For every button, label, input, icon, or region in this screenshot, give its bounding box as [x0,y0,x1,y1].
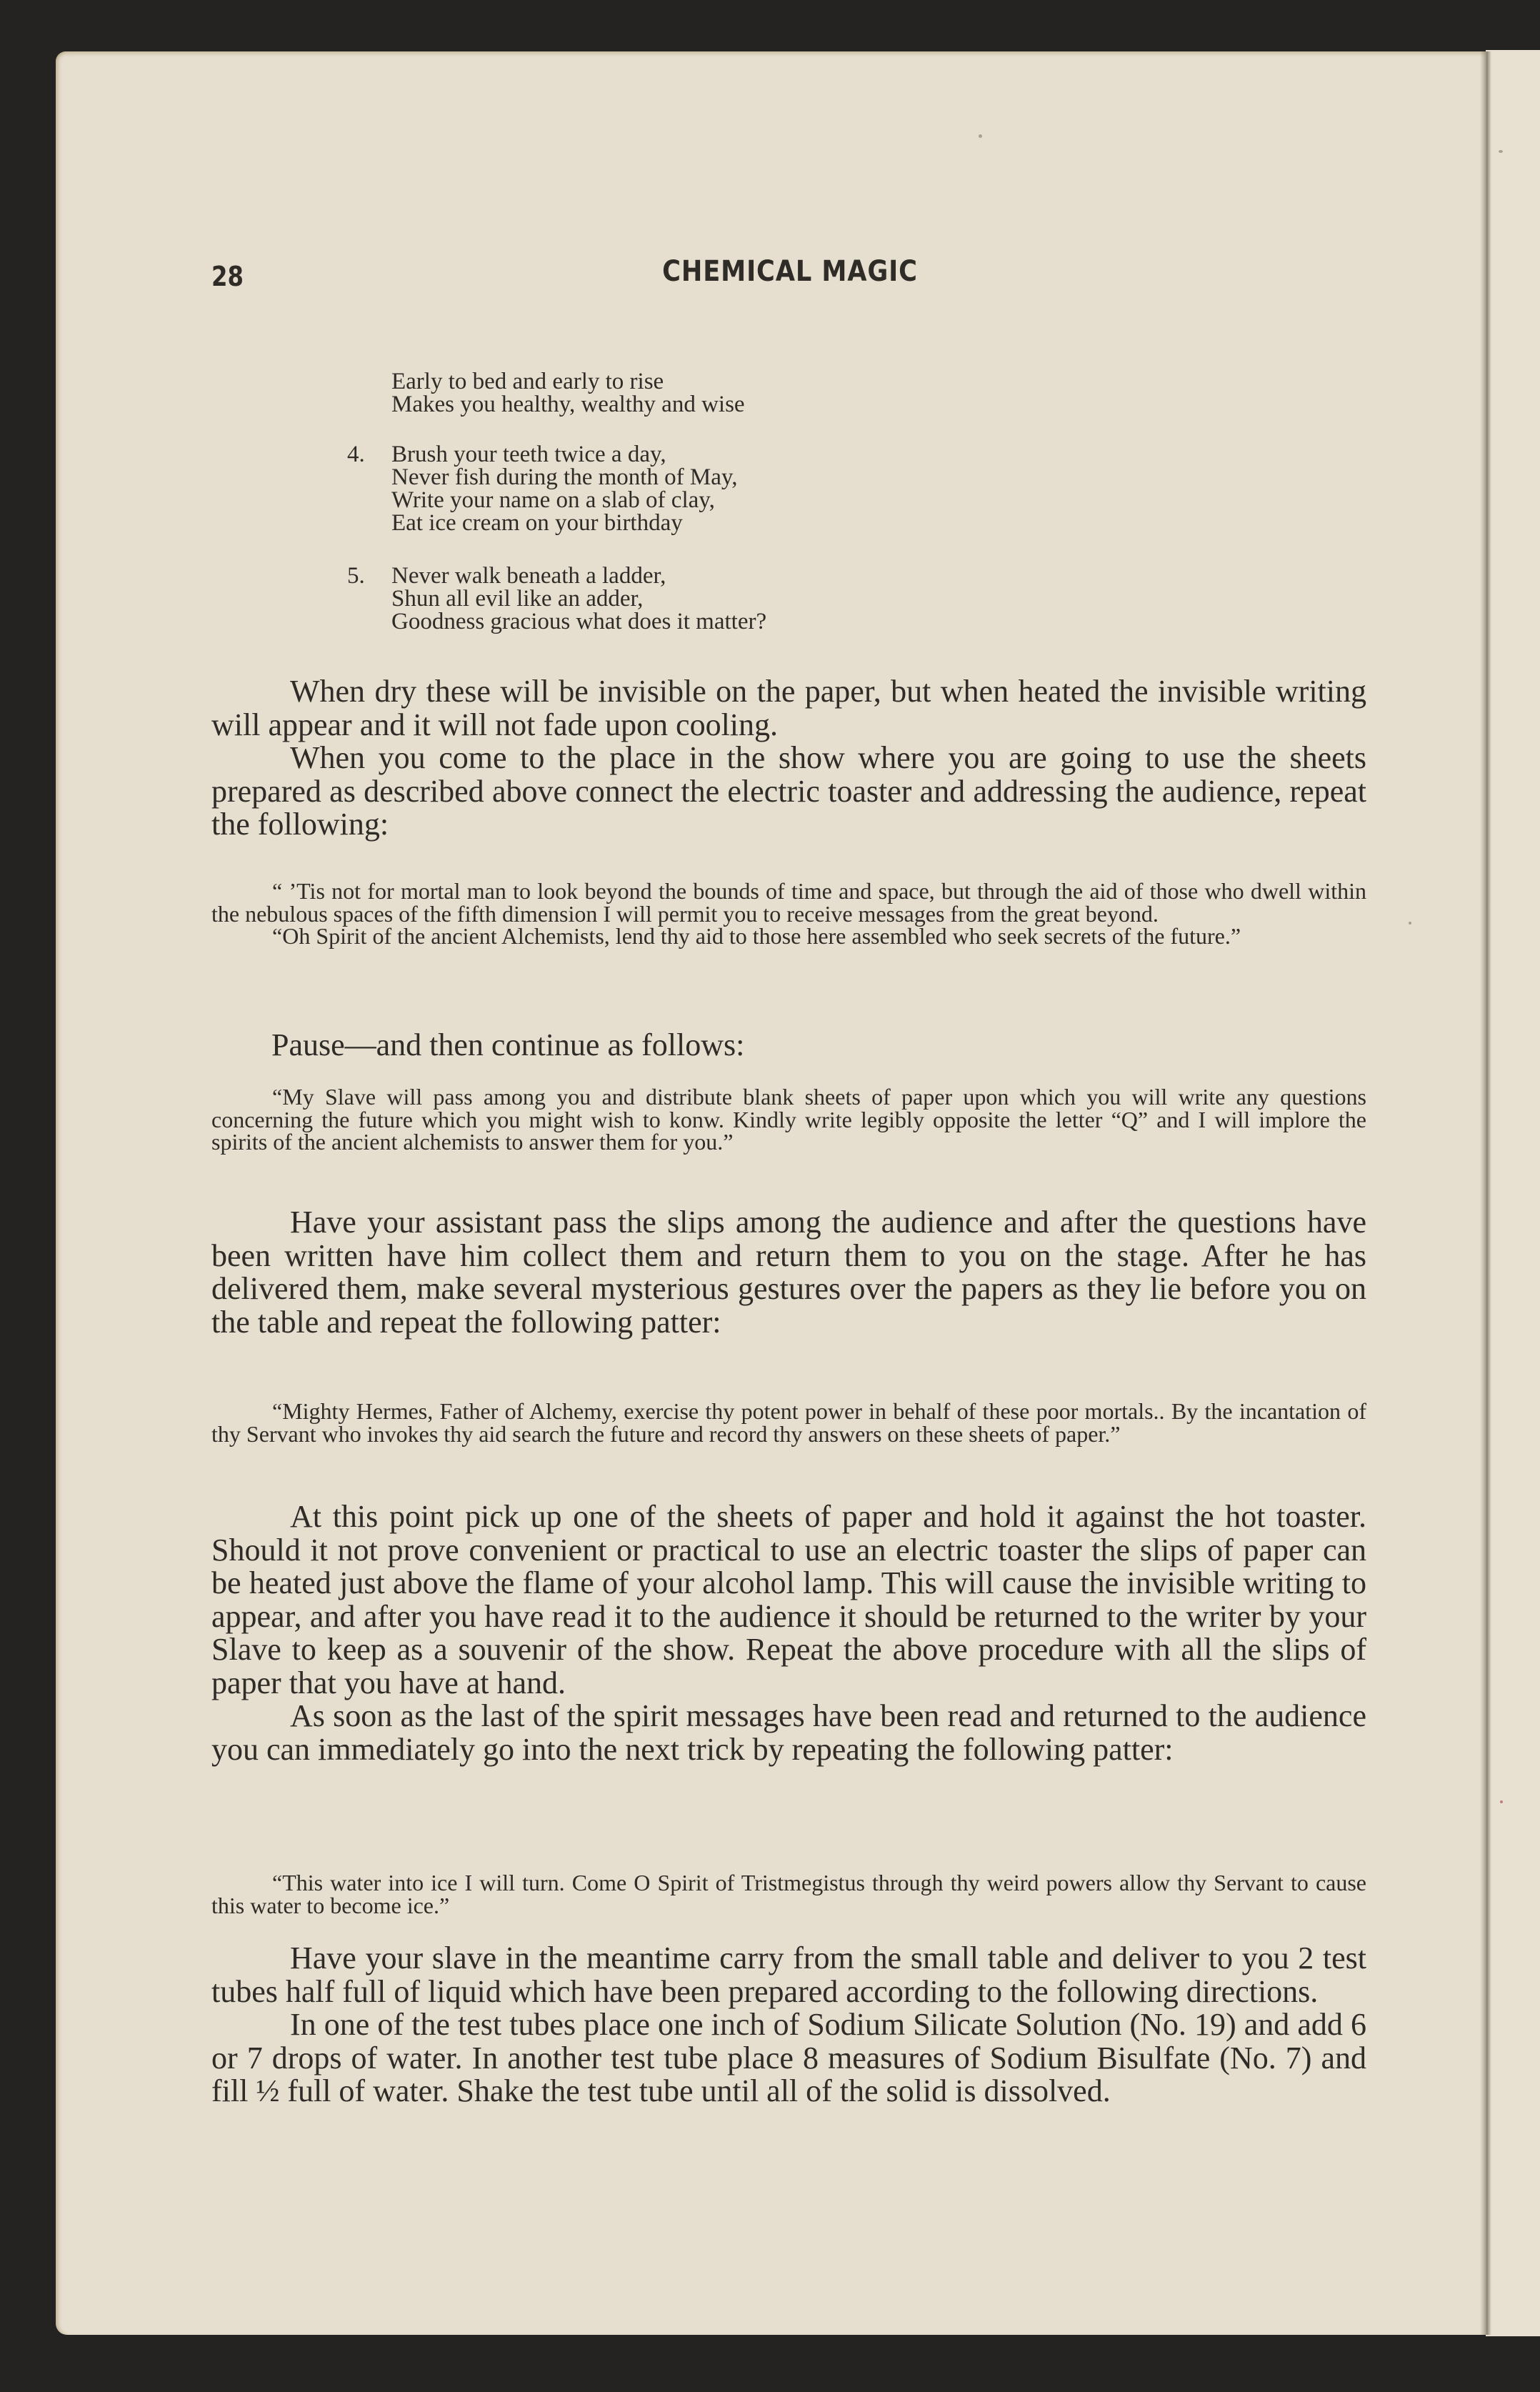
verse-block: 4. Brush your teeth twice a day, Never f… [347,443,1133,534]
paragraph: Have your assistant pass the slips among… [211,1206,1366,1339]
verse-line: Brush your teeth twice a day, [391,443,1133,466]
verse-line: Makes you healthy, wealthy and wise [391,393,1133,416]
paragraph-block: When dry these will be invisible on the … [211,675,1366,842]
verse-line: Never fish during the month of May, [391,466,1133,489]
verse-line: Eat ice cream on your birthday [391,512,1133,534]
quote-block: “Mighty Hermes, Father of Alchemy, exerc… [211,1400,1366,1445]
verse-stanza: 5. Never walk beneath a ladder, Shun all… [347,564,1133,633]
verse-line: Early to bed and early to rise [391,370,1133,393]
verse-block: 5. Never walk beneath a ladder, Shun all… [347,564,1133,633]
running-head: 28 CHEMICAL MAGIC [211,261,1369,304]
quoted-patter: “ ’Tis not for mortal man to look beyond… [211,880,1366,925]
verse-stanza: Early to bed and early to rise Makes you… [347,370,1133,416]
paragraph: In one of the test tubes place one inch … [211,2008,1366,2108]
paragraph-block: At this point pick up one of the sheets … [211,1500,1366,1766]
paragraph: Have your slave in the meantime carry fr… [211,1942,1366,2008]
paragraph: As soon as the last of the spirit messag… [211,1700,1366,1766]
paragraph-block: Have your slave in the meantime carry fr… [211,1942,1366,2108]
paper-speck [1409,922,1411,925]
quoted-patter: “This water into ice I will turn. Come O… [211,1872,1366,1917]
quote-block: “ ’Tis not for mortal man to look beyond… [211,880,1366,948]
adjacent-page-edge [1486,50,1540,2336]
paragraph-block: Have your assistant pass the slips among… [211,1206,1366,1339]
paragraph: At this point pick up one of the sheets … [211,1500,1366,1700]
verse-stanza: 4. Brush your teeth twice a day, Never f… [347,443,1133,534]
paper-speck [1499,150,1503,153]
paper-speck [1500,1800,1503,1803]
verse-line: Shun all evil like an adder, [391,587,1133,610]
quote-block: “This water into ice I will turn. Come O… [211,1872,1366,1917]
verse-line: Never walk beneath a ladder, [391,564,1133,587]
paragraph: Pause—and then continue as follows: [211,1029,1366,1062]
paragraph: When dry these will be invisible on the … [211,675,1366,742]
verse-line: Goodness gracious what does it matter? [391,610,1133,633]
running-title: CHEMICAL MAGIC [281,255,1299,288]
quoted-patter: “Mighty Hermes, Father of Alchemy, exerc… [211,1400,1366,1445]
quote-block: “My Slave will pass among you and distri… [211,1086,1366,1154]
verse-number: 4. [347,443,376,466]
paragraph-block: Pause—and then continue as follows: [211,1029,1366,1062]
page-fold-shadow [1480,51,1491,2335]
quoted-patter: “My Slave will pass among you and distri… [211,1086,1366,1154]
verse-block: Early to bed and early to rise Makes you… [347,370,1133,416]
paper-speck [979,134,982,138]
page-number: 28 [211,261,244,292]
verse-number: 5. [347,564,376,587]
verse-line: Write your name on a slab of clay, [391,489,1133,512]
paragraph: When you come to the place in the show w… [211,742,1366,842]
quoted-patter: “Oh Spirit of the ancient Alchemists, le… [211,925,1366,948]
